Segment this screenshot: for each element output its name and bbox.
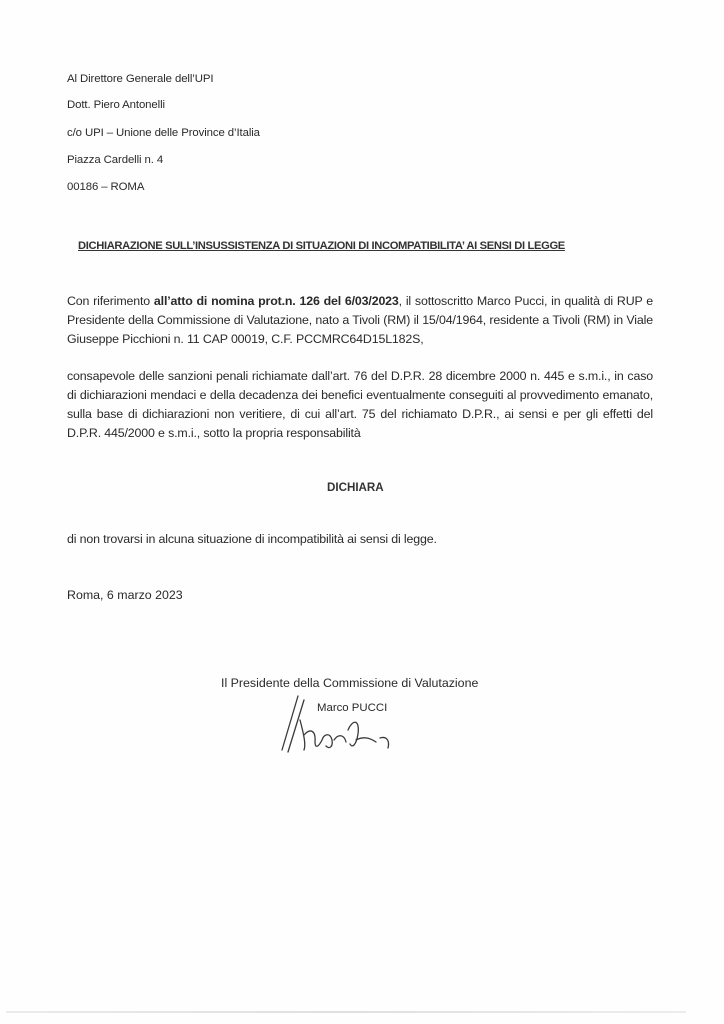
document-title: DICHIARAZIONE SULL’INSUSSISTENZA DI SITU… xyxy=(78,240,660,252)
reference-act: all’atto di nomina prot.n. 126 del 6/03/… xyxy=(154,294,399,308)
place-date: Roma, 6 marzo 2023 xyxy=(67,588,183,602)
recipient-line-name: Dott. Piero Antonelli xyxy=(67,99,165,111)
declaration-statement: di non trovarsi in alcuna situazione di … xyxy=(67,532,437,546)
recipient-line-organization: c/o UPI – Unione delle Province d’Italia xyxy=(67,127,260,139)
document-page: Al Direttore Generale dell’UPI Dott. Pie… xyxy=(0,0,724,1024)
reference-intro: Con riferimento xyxy=(67,294,154,308)
recipient-line-city: 00186 – ROMA xyxy=(67,181,144,193)
scan-artifact-line xyxy=(6,1011,686,1013)
awareness-paragraph: consapevole delle sanzioni penali richia… xyxy=(67,367,653,443)
recipient-line-street: Piazza Cardelli n. 4 xyxy=(67,154,163,166)
declaration-heading: DICHIARA xyxy=(327,481,384,494)
signatory-role: Il Presidente della Commissione di Valut… xyxy=(221,676,478,690)
handwritten-signature-icon xyxy=(260,690,400,760)
recipient-line-title: Al Direttore Generale dell’UPI xyxy=(67,73,213,85)
reference-paragraph: Con riferimento all’atto di nomina prot.… xyxy=(67,292,653,349)
